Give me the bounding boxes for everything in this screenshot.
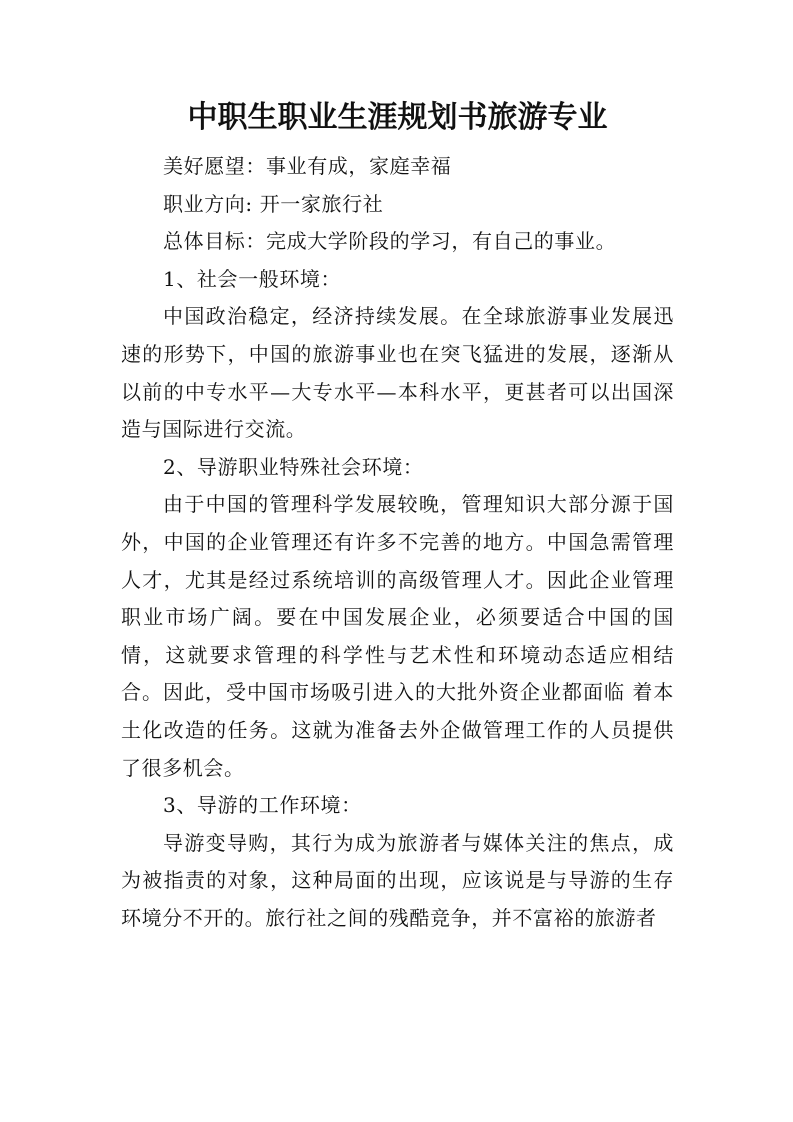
document-page: 中职生职业生涯规划书旅游专业 美好愿望：事业有成，家庭幸福 职业方向: 开一家旅…: [121, 96, 674, 937]
document-title: 中职生职业生涯规划书旅游专业: [121, 96, 674, 140]
section-heading-guide-work-environment: 3、导游的工作环境：: [121, 787, 674, 825]
intro-wish: 美好愿望：事业有成，家庭幸福: [121, 148, 674, 186]
section-heading-guide-social-environment: 2、导游职业特殊社会环境：: [121, 449, 674, 487]
intro-overall-goal: 总体目标：完成大学阶段的学习，有自己的事业。: [121, 223, 674, 261]
section-body-general-environment: 中国政治稳定，经济持续发展。在全球旅游事业发展迅速的形势下，中国的旅游事业也在突…: [121, 298, 674, 448]
section-body-guide-social-environment: 由于中国的管理科学发展较晚，管理知识大部分源于国外，中国的企业管理还有许多不完善…: [121, 486, 674, 787]
section-body-guide-work-environment: 导游变导购，其行为成为旅游者与媒体关注的焦点，成为被指责的对象，这种局面的出现，…: [121, 825, 674, 938]
section-heading-general-environment: 1、社会一般环境：: [121, 261, 674, 299]
intro-career-direction: 职业方向: 开一家旅行社: [121, 186, 674, 224]
